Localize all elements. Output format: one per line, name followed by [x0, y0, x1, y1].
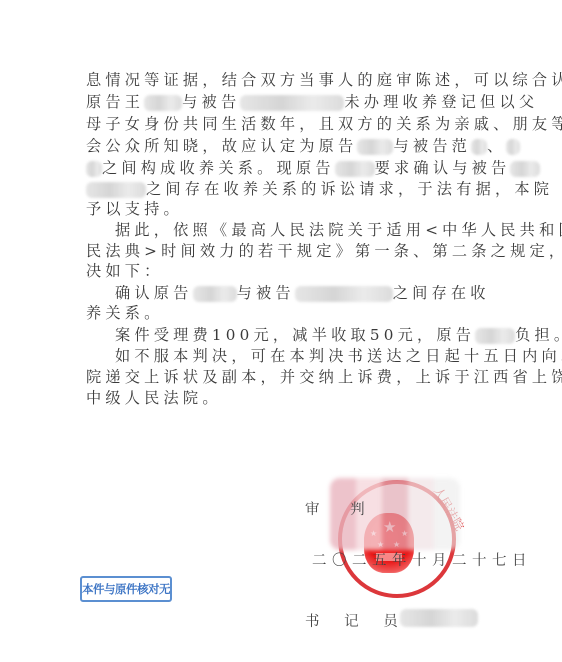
text-line: 予以支持。 [86, 199, 442, 219]
redacted-name [506, 139, 520, 155]
redacted-name [144, 95, 182, 111]
clerk-label: 书 记 员 [305, 610, 408, 631]
redacted-name [240, 95, 344, 111]
line-text: 中级人民法院。 [86, 389, 222, 407]
redacted-name [510, 161, 540, 177]
judge-label: 审 判 [305, 498, 378, 519]
text-line: 决如下： [86, 261, 442, 281]
verification-stamp: 本件与原件核对无异 [80, 576, 172, 602]
line-text: 如不服本判决，可在本判决书送达之日起十五日内向本 [115, 347, 562, 365]
line-text: 要求确认与被告 [375, 159, 511, 177]
line-text: 予以支持。 [86, 200, 183, 218]
line-text: 院递交上诉状及副本，并交纳上诉费，上诉于江西省上饶市 [86, 368, 562, 386]
line-text: 与被告范 [393, 137, 471, 155]
text-line: 案件受理费100元，减半收取50元，原告负担。 [115, 325, 442, 345]
text-line: 据此，依照《最高人民法院关于适用<中华人民共和国 [115, 220, 442, 240]
line-text: 之间构成收养关系。现原告 [102, 159, 335, 177]
redacted-name [295, 286, 393, 302]
redacted-name [86, 182, 146, 198]
line-text: 据此，依照《最高人民法院关于适用<中华人民共和国 [115, 221, 562, 239]
line-text: 案件受理费100元，减半收取50元，原告 [115, 326, 475, 344]
text-line: 原告王与被告未办理收养登记但以父 [86, 92, 442, 112]
line-text: 原告王 [86, 93, 144, 111]
redacted-name [193, 286, 237, 302]
text-line: 之间构成收养关系。现原告要求确认与被告 [86, 158, 442, 178]
text-line: 确认原告与被告之间存在收 [115, 283, 442, 303]
redacted-name [475, 328, 515, 344]
line-text: 息情况等证据，结合双方当事人的庭审陈述，可以综合认定 [86, 71, 562, 89]
text-line: 养关系。 [86, 303, 442, 323]
redacted-name [357, 139, 393, 155]
redacted-name [471, 139, 487, 155]
redacted-clerk-name [400, 609, 478, 627]
judgment-page: 息情况等证据，结合双方当事人的庭审陈述，可以综合认定 原告王与被告未办理收养登记… [0, 0, 562, 662]
line-text: 之间存在收 [393, 284, 490, 302]
redacted-name [335, 161, 375, 177]
text-line: 民法典>时间效力的若干规定》第一条、第二条之规定，判 [86, 241, 442, 261]
text-line: 院递交上诉状及副本，并交纳上诉费，上诉于江西省上饶市 [86, 367, 442, 387]
redacted-name [86, 161, 102, 177]
line-text: 决如下： [86, 262, 164, 280]
line-text: 未办理收养登记但以父 [344, 93, 538, 111]
line-text: 与被告 [237, 284, 295, 302]
text-line: 母子女身份共同生活数年，且双方的关系为亲戚、朋友等社 [86, 114, 442, 134]
text-line: 息情况等证据，结合双方当事人的庭审陈述，可以综合认定 [86, 70, 442, 90]
line-text: 会公众所知晓，故应认定为原告 [86, 137, 357, 155]
line-text: 民法典>时间效力的若干规定》第一条、第二条之规定，判 [86, 242, 562, 260]
judgment-date: 二〇二五年十月二十七日 [312, 549, 532, 570]
text-line: 之间存在收养关系的诉讼请求，于法有据，本院 [86, 179, 442, 199]
text-line: 会公众所知晓，故应认定为原告与被告范、 [86, 136, 442, 156]
line-text: 负担。 [515, 326, 562, 344]
line-text: 与被告 [182, 93, 240, 111]
line-text: 母子女身份共同生活数年，且双方的关系为亲戚、朋友等社 [86, 115, 562, 133]
text-line: 如不服本判决，可在本判决书送达之日起十五日内向本 [115, 346, 442, 366]
text-line: 中级人民法院。 [86, 388, 442, 408]
line-text: 确认原告 [115, 284, 193, 302]
line-text: 养关系。 [86, 304, 164, 322]
line-text: 、 [487, 137, 506, 155]
line-text: 之间存在收养关系的诉讼请求，于法有据，本院 [146, 180, 553, 198]
